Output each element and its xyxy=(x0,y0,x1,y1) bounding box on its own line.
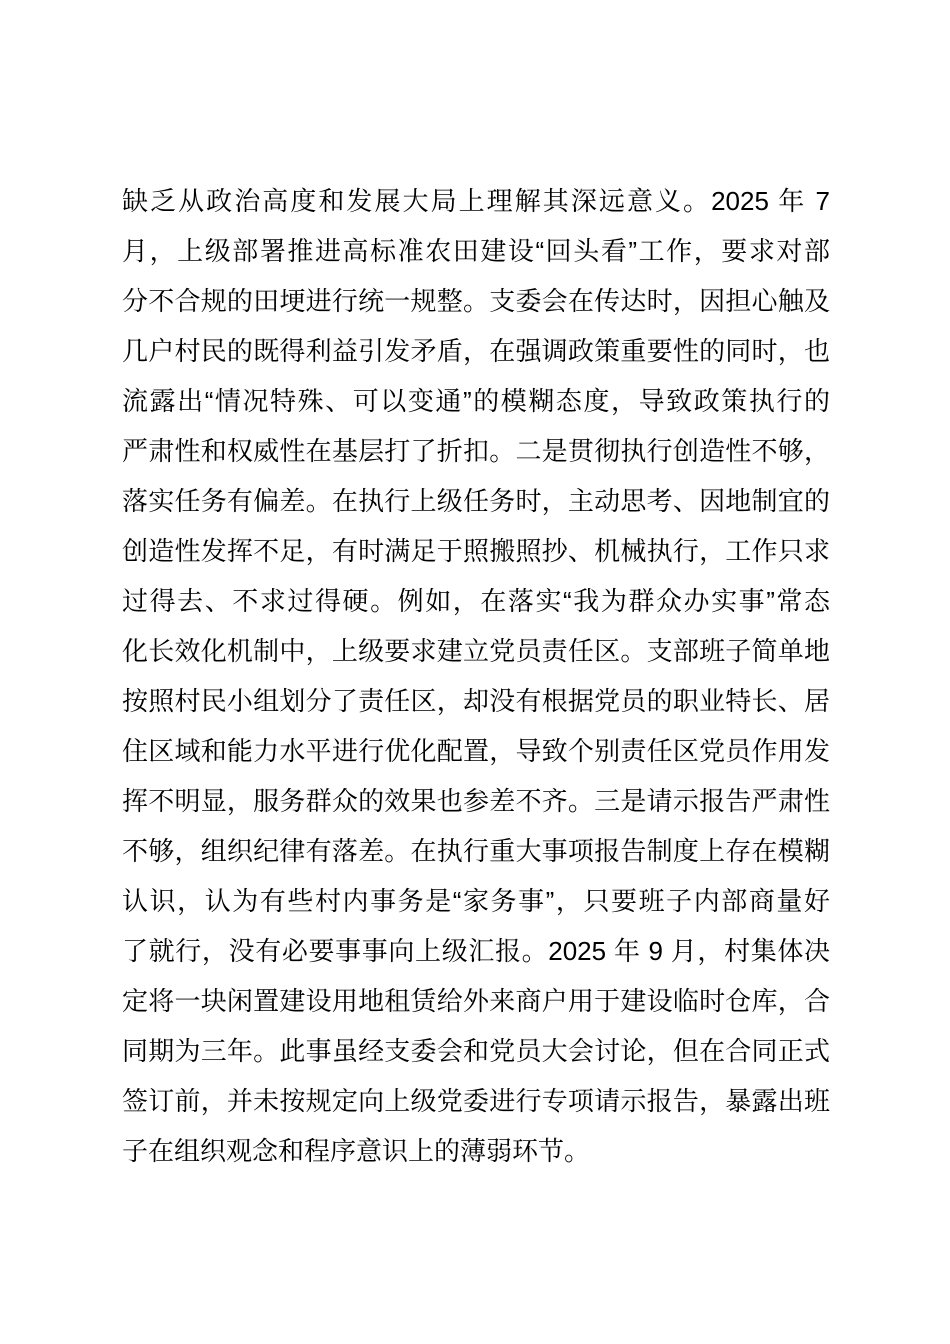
text-line: 创造性发挥不足，有时满足于照搬照抄、机械执行，工作只求 xyxy=(122,526,830,576)
text-line: 不够，组织纪律有落差。在执行重大事项报告制度上存在模糊 xyxy=(122,826,830,876)
text-line: 按照村民小组划分了责任区，却没有根据党员的职业特长、居 xyxy=(122,676,830,726)
text-line: 认识，认为有些村内事务是“家务事”，只要班子内部商量好 xyxy=(122,876,830,926)
text-line: 挥不明显，服务群众的效果也参差不齐。三是请示报告严肃性 xyxy=(122,776,830,826)
text-line: 签订前，并未按规定向上级党委进行专项请示报告，暴露出班 xyxy=(122,1076,830,1126)
text-line: 分不合规的田埂进行统一规整。支委会在传达时，因担心触及 xyxy=(122,276,830,326)
paragraph-text: 缺乏从政治高度和发展大局上理解其深远意义。2025 年 7 月，上级部署推进高标… xyxy=(122,176,830,1176)
text-line: 缺乏从政治高度和发展大局上理解其深远意义。2025 年 7 xyxy=(122,176,830,226)
text-line: 住区域和能力水平进行优化配置，导致个别责任区党员作用发 xyxy=(122,726,830,776)
text-line: 严肃性和权威性在基层打了折扣。二是贯彻执行创造性不够， xyxy=(122,426,830,476)
text-line: 落实任务有偏差。在执行上级任务时，主动思考、因地制宜的 xyxy=(122,476,830,526)
text-line: 了就行，没有必要事事向上级汇报。2025 年 9 月，村集体决 xyxy=(122,926,830,976)
text-line: 定将一块闲置建设用地租赁给外来商户用于建设临时仓库，合 xyxy=(122,976,830,1026)
document-page: 缺乏从政治高度和发展大局上理解其深远意义。2025 年 7 月，上级部署推进高标… xyxy=(0,0,950,1344)
text-line: 几户村民的既得利益引发矛盾，在强调政策重要性的同时，也 xyxy=(122,326,830,376)
text-line: 化长效化机制中，上级要求建立党员责任区。支部班子简单地 xyxy=(122,626,830,676)
text-line: 子在组织观念和程序意识上的薄弱环节。 xyxy=(122,1126,830,1176)
text-line: 过得去、不求过得硬。例如，在落实“我为群众办实事”常态 xyxy=(122,576,830,626)
text-line: 流露出“情况特殊、可以变通”的模糊态度，导致政策执行的 xyxy=(122,376,830,426)
text-line: 同期为三年。此事虽经支委会和党员大会讨论，但在合同正式 xyxy=(122,1026,830,1076)
text-line: 月，上级部署推进高标准农田建设“回头看”工作，要求对部 xyxy=(122,226,830,276)
